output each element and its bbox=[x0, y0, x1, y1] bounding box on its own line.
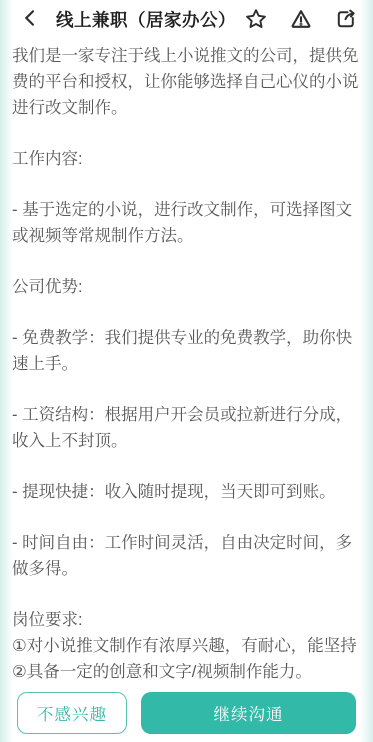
favorite-button[interactable] bbox=[243, 6, 269, 32]
advantage-free-training: - 免费教学：我们提供专业的免费教学，助你快速上手。 bbox=[12, 325, 361, 377]
job-detail-page: 线上兼职（居家办公） bbox=[0, 0, 373, 742]
job-description[interactable]: 我们是一家专注于线上小说推文的公司，提供免费的平台和授权，让你能够选择自己心仪的… bbox=[0, 38, 373, 689]
share-button[interactable] bbox=[333, 6, 359, 32]
duty-item: - 基于选定的小说，进行改文制作，可选择图文或视频等常规制作方法。 bbox=[12, 197, 361, 249]
not-interested-button[interactable]: 不感兴趣 bbox=[17, 692, 127, 734]
page-title: 线上兼职（居家办公） bbox=[56, 7, 236, 32]
chevron-left-icon bbox=[20, 8, 40, 31]
warning-icon bbox=[289, 7, 313, 31]
continue-chat-button[interactable]: 继续沟通 bbox=[141, 692, 356, 734]
back-button[interactable] bbox=[16, 5, 44, 33]
intro-paragraph: 我们是一家专注于线上小说推文的公司，提供免费的平台和授权，让你能够选择自己心仪的… bbox=[12, 43, 361, 121]
requirement-item-1: ①对小说推文制作有浓厚兴趣，有耐心，能坚持 bbox=[12, 633, 361, 659]
advantage-salary-structure: - 工资结构：根据用户开会员或拉新进行分成，收入上不封顶。 bbox=[12, 402, 361, 454]
advantage-fast-withdrawal: - 提现快捷：收入随时提现，当天即可到账。 bbox=[12, 479, 361, 505]
section-heading-requirements: 岗位要求: bbox=[12, 607, 361, 633]
nav-action-icons bbox=[243, 6, 359, 32]
advantage-flexible-time: - 时间自由：工作时间灵活，自由决定时间，多做多得。 bbox=[12, 530, 361, 582]
section-heading-duties: 工作内容: bbox=[12, 146, 361, 172]
share-icon bbox=[334, 7, 358, 31]
nav-bar: 线上兼职（居家办公） bbox=[0, 0, 373, 38]
section-heading-advantages: 公司优势: bbox=[12, 274, 361, 300]
bottom-action-bar: 不感兴趣 继续沟通 bbox=[0, 689, 373, 742]
star-icon bbox=[244, 7, 268, 31]
report-button[interactable] bbox=[288, 6, 314, 32]
requirement-item-2: ②具备一定的创意和文字/视频制作能力。 bbox=[12, 659, 361, 685]
